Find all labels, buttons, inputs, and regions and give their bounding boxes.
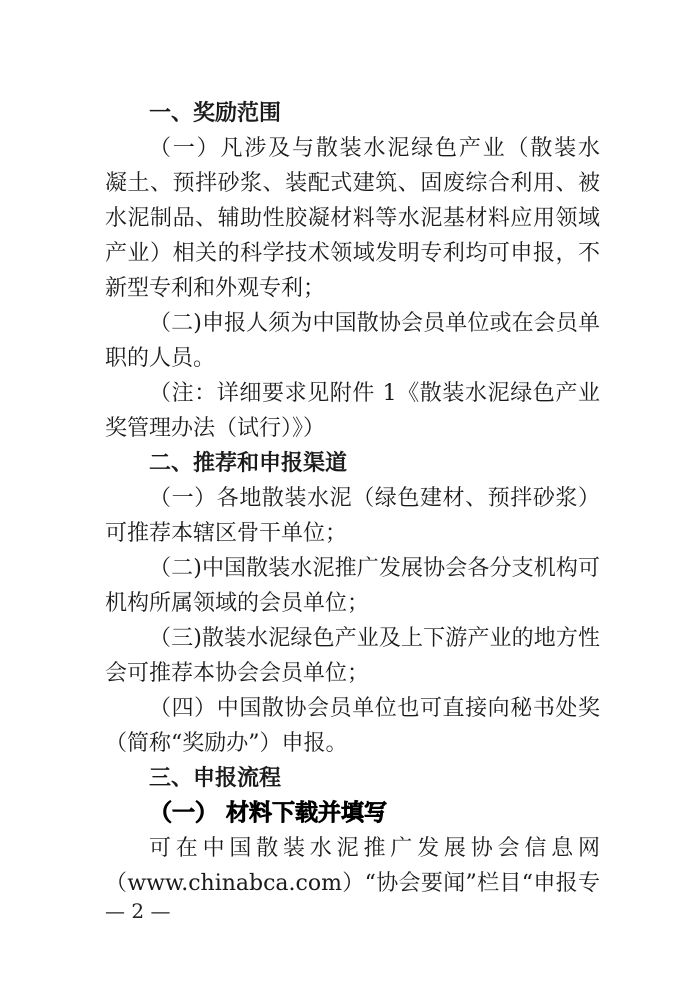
paragraph-line: 水泥制品、辅助性胶凝材料等水泥基材料应用领域的上下游 bbox=[105, 201, 600, 236]
paragraph-line: （简称“奖励办”）申报。 bbox=[105, 726, 600, 761]
paragraph-line: 可在中国散装水泥推广发展协会信息网 bbox=[105, 831, 600, 866]
paragraph-line: 可推荐本辖区骨干单位； bbox=[105, 516, 600, 551]
paragraph-line: 凝土、预拌砂浆、装配式建筑、固废综合利用、被动式建筑、 bbox=[105, 166, 600, 201]
paragraph-line: （一）凡涉及与散装水泥绿色产业（散装水泥、预拌混 bbox=[105, 131, 600, 166]
paragraph-line-website: （www.chinabca.com）“协会要闻”栏目“申报专利优秀奖” bbox=[105, 866, 600, 901]
section-heading-channels: 二、推荐和申报渠道 bbox=[105, 446, 600, 481]
section-heading-procedure: 三、申报流程 bbox=[105, 761, 600, 796]
paragraph-line: （一）各地散装水泥（绿色建材、预拌砂浆）工作机构 bbox=[105, 481, 600, 516]
document-body: 一、奖励范围 （一）凡涉及与散装水泥绿色产业（散装水泥、预拌混 凝土、预拌砂浆、… bbox=[105, 96, 600, 901]
document-page: 一、奖励范围 （一）凡涉及与散装水泥绿色产业（散装水泥、预拌混 凝土、预拌砂浆、… bbox=[0, 0, 700, 990]
paragraph-line: 产业）相关的科学技术领域发明专利均可申报，不包括实用 bbox=[105, 236, 600, 271]
paragraph-line: 职的人员。 bbox=[105, 341, 600, 376]
paragraph-line: 会可推荐本协会会员单位； bbox=[105, 656, 600, 691]
paragraph-line: （四）中国散协会员单位也可直接向秘书处奖励办公室 bbox=[105, 691, 600, 726]
paragraph-line: （三)散装水泥绿色产业及上下游产业的地方性行业协 bbox=[105, 621, 600, 656]
section-heading-award-scope: 一、奖励范围 bbox=[105, 96, 600, 131]
paragraph-line: （二)中国散装水泥推广发展协会各分支机构可推荐本 bbox=[105, 551, 600, 586]
subsection-heading-download-fill: （一） 材料下载并填写 bbox=[105, 796, 600, 831]
paragraph-line: （二)申报人须为中国散协会员单位或在会员单位中任 bbox=[105, 306, 600, 341]
page-number: — 2 — bbox=[105, 899, 170, 923]
paragraph-line: 新型专利和外观专利； bbox=[105, 271, 600, 306]
paragraph-line-note: （注：详细要求见附件 1《散装水泥绿色产业专利优秀 bbox=[105, 376, 600, 411]
paragraph-line-note: 奖管理办法（试行）》） bbox=[105, 411, 600, 446]
paragraph-line: 机构所属领域的会员单位； bbox=[105, 586, 600, 621]
